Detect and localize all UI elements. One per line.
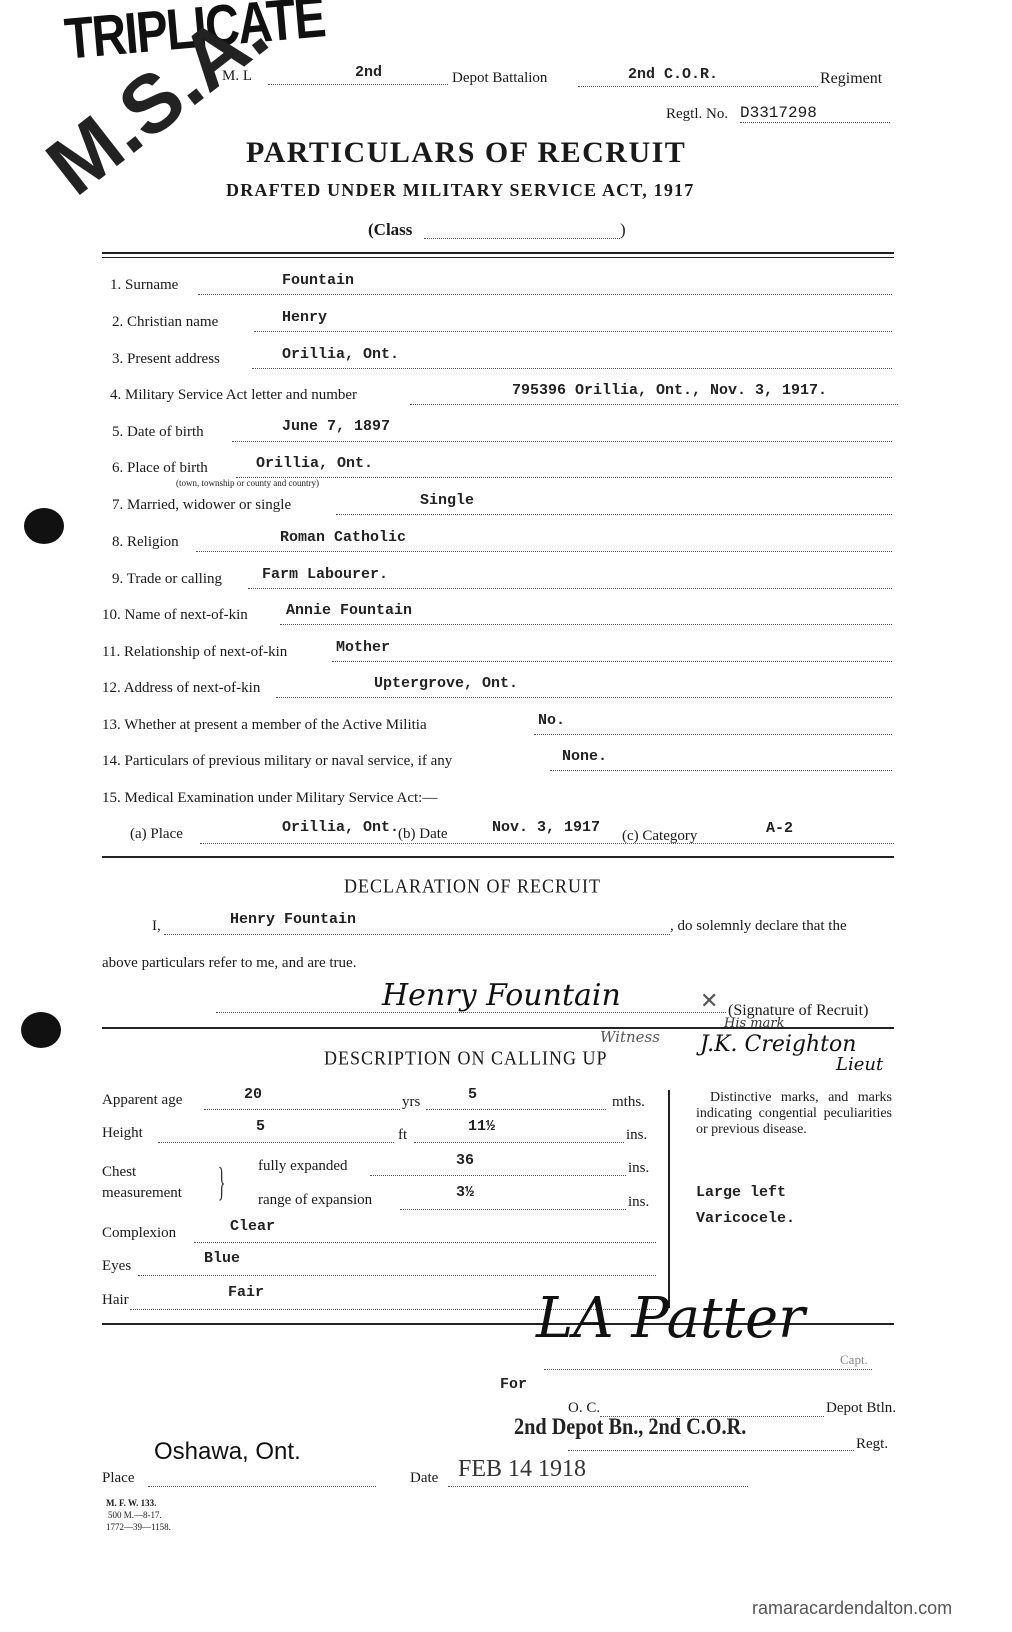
dotted-line xyxy=(400,1209,626,1210)
trade-value: Farm Labourer. xyxy=(262,566,388,583)
class-close: ) xyxy=(620,220,626,240)
dotted-line xyxy=(544,1369,872,1370)
regt-label: Regt. xyxy=(856,1436,888,1453)
ins-label: ins. xyxy=(628,1160,649,1177)
ml-label: M. L xyxy=(222,68,252,85)
dotted-line xyxy=(196,551,892,552)
height-feet-value: 5 xyxy=(256,1118,265,1135)
row-msa-number-label: 4. Military Service Act letter and numbe… xyxy=(110,387,357,404)
chest-brace: } xyxy=(218,1158,226,1205)
row-active-militia-label: 13. Whether at present a member of the A… xyxy=(102,717,427,734)
witness-rank: Lieut xyxy=(836,1054,883,1075)
ins-label: ins. xyxy=(628,1194,649,1211)
declaration-text-line2: above particulars refer to me, and are t… xyxy=(102,955,356,972)
religion-value: Roman Catholic xyxy=(280,529,406,546)
medical-date-value: Nov. 3, 1917 xyxy=(492,819,600,836)
hair-value: Fair xyxy=(228,1284,264,1301)
measurement-label: measurement xyxy=(102,1185,182,1202)
witness-annotation: Witness xyxy=(600,1028,660,1046)
recruit-signature: Henry Fountain xyxy=(382,978,621,1013)
dotted-line xyxy=(448,1486,748,1487)
dotted-line xyxy=(426,1109,606,1110)
marital-status-value: Single xyxy=(420,492,474,509)
page-subtitle: DRAFTED UNDER MILITARY SERVICE ACT, 1917 xyxy=(226,180,694,201)
dotted-line xyxy=(138,1275,656,1276)
depot-battalion-value: 2nd xyxy=(355,64,382,81)
dotted-line xyxy=(276,697,892,698)
distinctive-marks-value-1: Large left xyxy=(696,1184,786,1201)
row-surname-label: 1. Surname xyxy=(110,277,178,294)
ft-label: ft xyxy=(398,1127,407,1144)
dotted-line xyxy=(280,624,892,625)
witness-signature: J.K. Creighton xyxy=(700,1032,856,1057)
regtl-no-label: Regtl. No. xyxy=(666,106,728,123)
header-rule-thin xyxy=(102,257,894,258)
row-date-of-birth-label: 5. Date of birth xyxy=(112,424,204,441)
eyes-label: Eyes xyxy=(102,1258,131,1275)
capt-label: Capt. xyxy=(840,1352,868,1368)
yrs-label: yrs xyxy=(402,1094,420,1111)
hair-label: Hair xyxy=(102,1292,129,1309)
declaration-i-label: I, xyxy=(152,918,161,935)
declaration-name-value: Henry Fountain xyxy=(230,911,356,928)
dotted-line xyxy=(236,477,892,478)
dotted-line xyxy=(164,934,670,935)
declaration-title: DECLARATION OF RECRUIT xyxy=(344,875,601,898)
dotted-line xyxy=(550,770,892,771)
complexion-value: Clear xyxy=(230,1218,275,1235)
depot-btln-label: Depot Btln. xyxy=(826,1400,896,1417)
form-code-2: 500 M.—8-17. xyxy=(108,1510,162,1520)
row-place-of-birth-label: 6. Place of birth xyxy=(112,460,208,477)
depot-battalion-label: Depot Battalion xyxy=(452,70,547,87)
punch-hole-bottom xyxy=(21,1012,61,1048)
for-label: For xyxy=(500,1376,527,1393)
height-inches-value: 11½ xyxy=(468,1118,495,1135)
dotted-line xyxy=(336,514,892,515)
row-previous-service-label: 14. Particulars of previous military or … xyxy=(102,753,452,770)
dotted-line xyxy=(252,368,892,369)
present-address-value: Orillia, Ont. xyxy=(282,346,399,363)
punch-hole-top xyxy=(24,508,64,544)
dotted-line xyxy=(204,1109,400,1110)
chest-label: Chest xyxy=(102,1164,136,1181)
row-religion-label: 8. Religion xyxy=(112,534,179,551)
dotted-line xyxy=(198,294,892,295)
regtl-no-value: D3317298 xyxy=(740,104,817,122)
row-trade-label: 9. Trade or calling xyxy=(112,571,222,588)
complexion-label: Complexion xyxy=(102,1225,176,1242)
section-rule xyxy=(102,1027,894,1029)
distinctive-marks-heading: Distinctive marks, and marks indicating … xyxy=(696,1090,892,1138)
place-of-birth-note: (town, township or county and country) xyxy=(176,478,319,488)
date-of-birth-value: June 7, 1897 xyxy=(282,418,390,435)
next-of-kin-address-value: Uptergrove, Ont. xyxy=(374,675,518,692)
height-label: Height xyxy=(102,1125,143,1142)
fully-expanded-value: 36 xyxy=(456,1152,474,1169)
apparent-age-months: 5 xyxy=(468,1086,477,1103)
medical-category-value: A-2 xyxy=(766,820,793,837)
place-of-birth-value: Orillia, Ont. xyxy=(256,455,373,472)
medical-place-label: (a) Place xyxy=(130,826,183,843)
section-rule xyxy=(102,856,894,858)
place-stamp: Oshawa, Ont. xyxy=(154,1438,301,1466)
class-dotted-field xyxy=(424,238,620,239)
dotted-line xyxy=(248,588,892,589)
row-present-address-label: 3. Present address xyxy=(112,351,220,368)
active-militia-value: No. xyxy=(538,712,565,729)
medical-date-label: (b) Date xyxy=(398,826,448,843)
dotted-line xyxy=(254,331,892,332)
eyes-value: Blue xyxy=(204,1250,240,1267)
unit-stamp: 2nd Depot Bn., 2nd C.O.R. xyxy=(514,1414,746,1440)
msa-number-value: 795396 Orillia, Ont., Nov. 3, 1917. xyxy=(512,382,827,399)
distinctive-divider xyxy=(668,1090,670,1308)
dotted-line xyxy=(578,86,818,87)
apparent-age-label: Apparent age xyxy=(102,1092,182,1109)
row-medical-exam-label: 15. Medical Examination under Military S… xyxy=(102,790,437,807)
row-relationship-label: 11. Relationship of next-of-kin xyxy=(102,644,287,661)
dotted-line xyxy=(740,122,890,123)
dotted-line xyxy=(568,1450,854,1451)
form-code-3: 1772—39—1158. xyxy=(106,1522,171,1532)
x-mark-icon: ✕ xyxy=(700,988,718,1014)
dotted-line xyxy=(414,1142,624,1143)
medical-place-value: Orillia, Ont. xyxy=(282,819,399,836)
fully-expanded-label: fully expanded xyxy=(258,1158,348,1175)
watermark-text: ramaracardendalton.com xyxy=(752,1598,952,1619)
range-of-expansion-value: 3½ xyxy=(456,1184,474,1201)
dotted-line xyxy=(232,441,892,442)
dotted-line xyxy=(158,1142,394,1143)
place-label: Place xyxy=(102,1470,134,1487)
christian-name-value: Henry xyxy=(282,309,327,326)
range-of-expansion-label: range of expansion xyxy=(258,1192,372,1209)
surname-value: Fountain xyxy=(282,272,354,289)
relationship-value: Mother xyxy=(336,639,390,656)
officer-signature: LA Patter xyxy=(536,1286,805,1351)
apparent-age-years: 20 xyxy=(244,1086,262,1103)
description-title: DESCRIPTION ON CALLING UP xyxy=(324,1047,608,1070)
distinctive-marks-value-2: Varicocele. xyxy=(696,1210,795,1227)
row-christian-name-label: 2. Christian name xyxy=(112,314,218,331)
medical-category-label: (c) Category xyxy=(622,828,697,845)
previous-service-value: None. xyxy=(562,748,607,765)
dotted-line xyxy=(194,1242,656,1243)
row-next-of-kin-address-label: 12. Address of next-of-kin xyxy=(102,680,260,697)
regiment-label: Regiment xyxy=(820,70,882,88)
date-label: Date xyxy=(410,1470,438,1487)
dotted-line xyxy=(148,1486,376,1487)
dotted-line xyxy=(200,843,894,844)
row-marital-status-label: 7. Married, widower or single xyxy=(112,497,291,514)
dotted-line xyxy=(370,1175,626,1176)
ins-label: ins. xyxy=(626,1127,647,1144)
class-label: (Class xyxy=(368,220,412,240)
next-of-kin-name-value: Annie Fountain xyxy=(286,602,412,619)
dotted-line xyxy=(268,84,448,85)
dotted-line xyxy=(332,661,892,662)
dotted-line xyxy=(410,404,898,405)
row-next-of-kin-name-label: 10. Name of next-of-kin xyxy=(102,607,248,624)
regiment-value: 2nd C.O.R. xyxy=(628,66,718,83)
header-rule xyxy=(102,252,894,254)
mths-label: mths. xyxy=(612,1094,645,1111)
date-stamp: FEB 14 1918 xyxy=(458,1456,586,1483)
page-title: PARTICULARS OF RECRUIT xyxy=(246,136,686,170)
form-code-1: M. F. W. 133. xyxy=(106,1498,156,1508)
dotted-line xyxy=(534,734,892,735)
declaration-text-tail: , do solemnly declare that the xyxy=(670,918,847,935)
